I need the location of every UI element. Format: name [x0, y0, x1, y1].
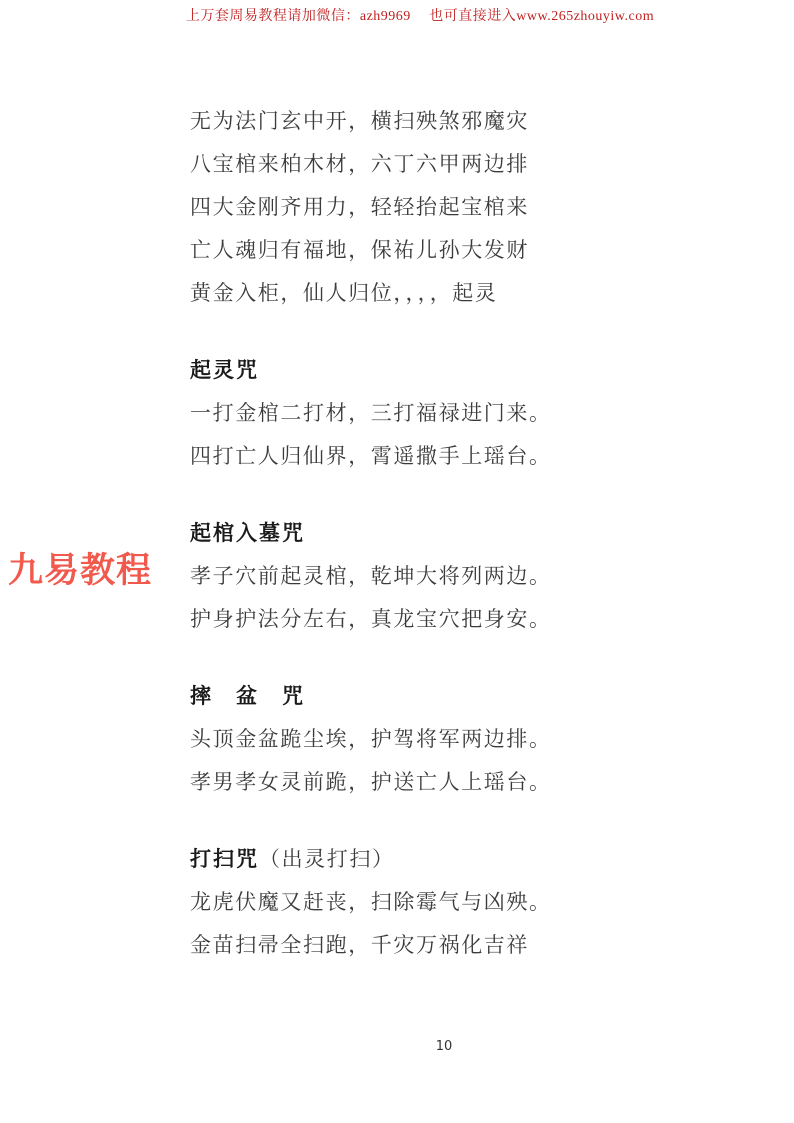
verse-line: 黄金入柜，仙人归位，，，，起灵	[190, 272, 610, 315]
document-body: 无为法门玄中开，横扫殃煞邪魔灾 八宝棺来柏木材，六丁六甲两边排 四大金刚齐用力，…	[190, 100, 610, 967]
section-title: 起灵咒	[190, 349, 610, 392]
section-title-text: 起棺入墓咒	[190, 522, 305, 545]
page-number: 10	[0, 1039, 794, 1054]
section-title: 摔 盆 咒	[190, 675, 610, 718]
verse-line: 孝男孝女灵前跪，护送亡人上瑶台。	[190, 761, 610, 804]
section-qiguan-rumu-incantation: 起棺入墓咒 孝子穴前起灵棺，乾坤大将列两边。 护身护法分左右，真龙宝穴把身安。	[190, 512, 610, 641]
watermark-brand-text: 九易教程	[8, 543, 152, 593]
verse-line: 亡人魂归有福地，保祐儿孙大发财	[190, 229, 610, 272]
verse-line: 孝子穴前起灵棺，乾坤大将列两边。	[190, 555, 610, 598]
section-subtitle-text: （出灵打扫）	[259, 847, 395, 871]
section-qiling-incantation: 起灵咒 一打金棺二打材，三打福禄进门来。 四打亡人归仙界，霄遥撒手上瑶台。	[190, 349, 610, 478]
verse-line: 四打亡人归仙界，霄遥撒手上瑶台。	[190, 435, 610, 478]
document-page: 上万套周易教程请加微信：azh9969 也可直接进入www.265zhouyiw…	[0, 0, 794, 1123]
section-title-text: 摔 盆 咒	[190, 685, 305, 708]
verse-line: 无为法门玄中开，横扫殃煞邪魔灾	[190, 100, 610, 143]
header-promo-text: 上万套周易教程请加微信：azh9969 也可直接进入www.265zhouyiw…	[0, 5, 794, 25]
section-dasao-incantation: 打扫咒（出灵打扫） 龙虎伏魔又赶丧，扫除霉气与凶殃。 金苗扫帚全扫跑，千灾万祸化…	[190, 838, 610, 967]
verse-line: 一打金棺二打材，三打福禄进门来。	[190, 392, 610, 435]
verse-line: 八宝棺来柏木材，六丁六甲两边排	[190, 143, 610, 186]
section-title: 打扫咒（出灵打扫）	[190, 838, 610, 881]
verse-line: 护身护法分左右，真龙宝穴把身安。	[190, 598, 610, 641]
verse-line: 四大金刚齐用力，轻轻抬起宝棺来	[190, 186, 610, 229]
verse-line: 龙虎伏魔又赶丧，扫除霉气与凶殃。	[190, 881, 610, 924]
section-title-text: 起灵咒	[190, 359, 259, 382]
section-shuaipen-incantation: 摔 盆 咒 头顶金盆跪尘埃，护驾将军两边排。 孝男孝女灵前跪，护送亡人上瑶台。	[190, 675, 610, 804]
verse-line: 头顶金盆跪尘埃，护驾将军两边排。	[190, 718, 610, 761]
verse-line: 金苗扫帚全扫跑，千灾万祸化吉祥	[190, 924, 610, 967]
section-title-text: 打扫咒	[190, 848, 259, 871]
section-title: 起棺入墓咒	[190, 512, 610, 555]
opening-verse: 无为法门玄中开，横扫殃煞邪魔灾 八宝棺来柏木材，六丁六甲两边排 四大金刚齐用力，…	[190, 100, 610, 315]
